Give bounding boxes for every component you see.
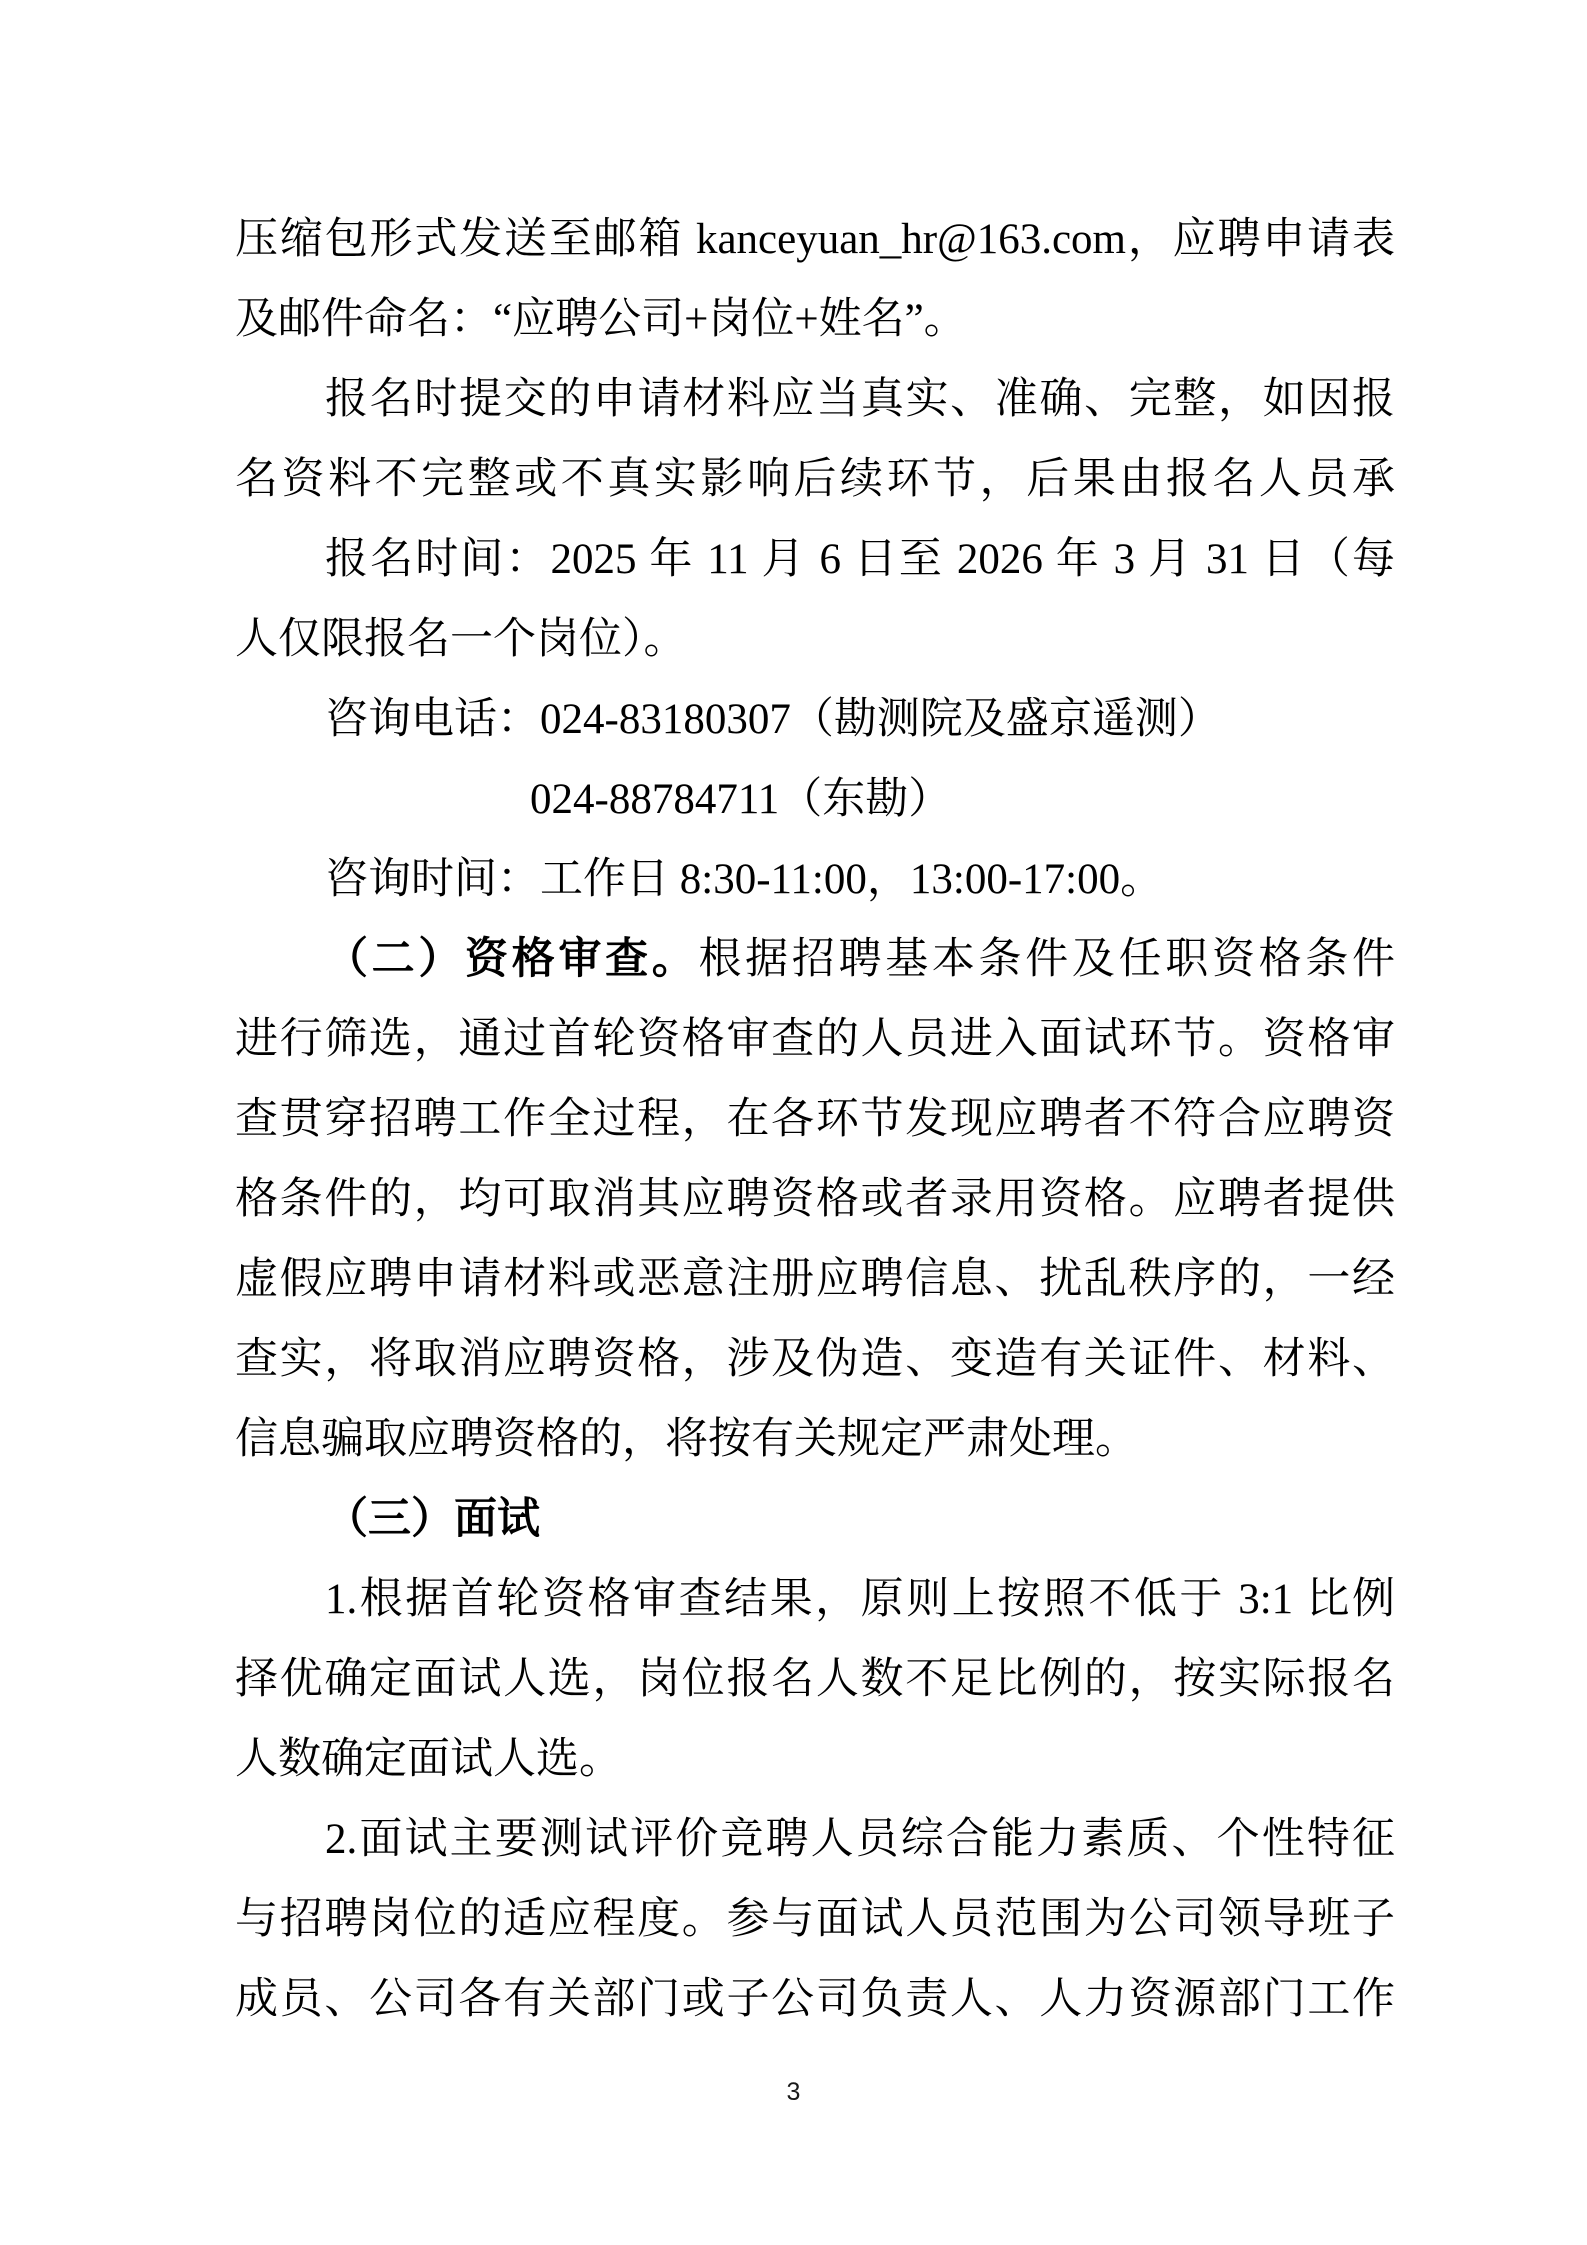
document-line: 报名时提交的申请材料应当真实、准确、完整，如因报 [235, 360, 1395, 440]
document-line: 与招聘岗位的适应程度。参与面试人员范围为公司领导班子 [235, 1880, 1395, 1960]
document-line: 咨询时间：工作日 8:30-11:00，13:00-17:00。 [235, 840, 1395, 920]
document-line: 查实，将取消应聘资格，涉及伪造、变造有关证件、材料、 [235, 1320, 1395, 1400]
document-line: 人数确定面试人选。 [235, 1720, 1395, 1800]
document-line: 格条件的，均可取消其应聘资格或者录用资格。应聘者提供 [235, 1160, 1395, 1240]
document-line: 查贯穿招聘工作全过程，在各环节发现应聘者不符合应聘资 [235, 1080, 1395, 1160]
document-line: 成员、公司各有关部门或子公司负责人、人力资源部门工作 [235, 1960, 1395, 2040]
section-heading: （三）面试 [235, 1480, 1395, 1560]
phone-line: 咨询电话：024-83180307（勘测院及盛京遥测） [235, 680, 1395, 760]
document-line: （二）资格审查。根据招聘基本条件及任职资格条件 [235, 920, 1395, 1000]
document-line: 虚假应聘申请材料或恶意注册应聘信息、扰乱秩序的，一经 [235, 1240, 1395, 1320]
document-line: 2.面试主要测试评价竞聘人员综合能力素质、个性特征 [235, 1800, 1395, 1880]
document-line: 1.根据首轮资格审查结果，原则上按照不低于 3:1 比例 [235, 1560, 1395, 1640]
document-line: 及邮件命名：“应聘公司+岗位+姓名”。 [235, 280, 1395, 360]
document-page: 压缩包形式发送至邮箱 kanceyuan_hr@163.com，应聘申请表 及邮… [0, 0, 1587, 2245]
document-line: 报名时间：2025 年 11 月 6 日至 2026 年 3 月 31 日（每 [235, 520, 1395, 600]
document-line: 进行筛选，通过首轮资格审查的人员进入面试环节。资格审 [235, 1000, 1395, 1080]
document-line: 名资料不完整或不真实影响后续环节，后果由报名人员承担。 [235, 440, 1395, 520]
document-line: 信息骗取应聘资格的，将按有关规定严肃处理。 [235, 1400, 1395, 1480]
document-line: 择优确定面试人选，岗位报名人数不足比例的，按实际报名 [235, 1640, 1395, 1720]
document-body: 压缩包形式发送至邮箱 kanceyuan_hr@163.com，应聘申请表 及邮… [235, 200, 1395, 2040]
page-number: 3 [0, 2072, 1587, 2112]
document-line: 人仅限报名一个岗位）。 [235, 600, 1395, 680]
document-line: 压缩包形式发送至邮箱 kanceyuan_hr@163.com，应聘申请表 [235, 200, 1395, 280]
phone-line: 024-88784711（东勘） [235, 760, 1395, 840]
section-heading: （二）资格审查。 [325, 936, 698, 983]
document-line-text: 根据招聘基本条件及任职资格条件 [698, 936, 1395, 983]
